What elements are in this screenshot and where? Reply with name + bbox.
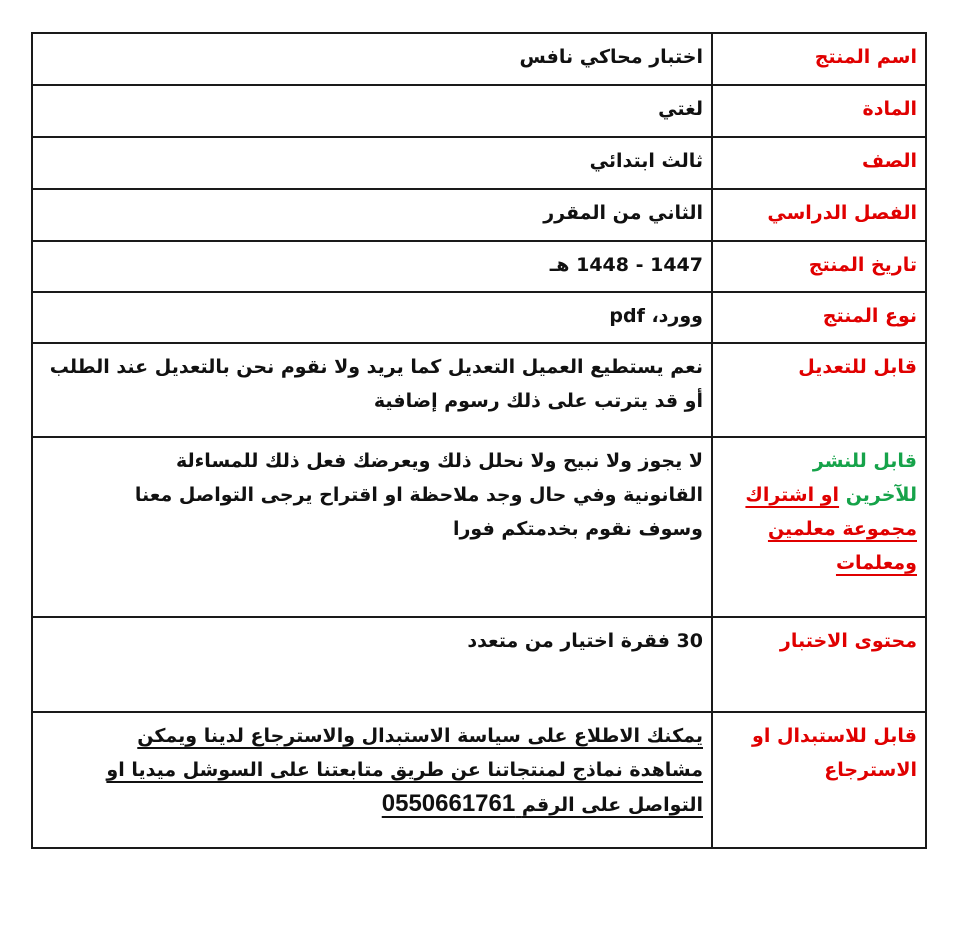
value-subject: لغتي — [32, 85, 712, 137]
label-editable: قابل للتعديل — [712, 343, 926, 437]
label-grade: الصف — [712, 137, 926, 189]
value-editable: نعم يستطيع العميل التعديل كما يريد ولا ن… — [32, 343, 712, 437]
table-row-semester: الفصل الدراسي الثاني من المقرر — [32, 189, 926, 241]
sharing-text-line1: لا يجوز ولا نبيح ولا نحلل ذلك ويعرضك فعل… — [41, 444, 703, 478]
product-info-table: اسم المنتج اختبار محاكي نافس المادة لغتي… — [31, 32, 927, 849]
sharing-text-line3: وسوف نقوم بخدمتكم فورا — [41, 512, 703, 546]
sharing-text-line2: القانونية وفي حال وجد ملاحظة او اقتراح ي… — [41, 478, 703, 512]
value-product-name: اختبار محاكي نافس — [32, 33, 712, 85]
table-row-product-type: نوع المنتج وورد، pdf — [32, 292, 926, 343]
label-sharing-subscription: او اشتراك — [745, 484, 839, 506]
table-row-grade: الصف ثالث ابتدائي — [32, 137, 926, 189]
label-subject: المادة — [712, 85, 926, 137]
table-row-editable: قابل للتعديل نعم يستطيع العميل التعديل ك… — [32, 343, 926, 437]
label-test-content: محتوى الاختبار — [712, 617, 926, 712]
label-sharing-others: للآخرين — [846, 484, 917, 506]
table-row-test-content: محتوى الاختبار 30 فقرة اختيار من متعدد — [32, 617, 926, 712]
label-sharing-teachers-group: مجموعة معلمين — [768, 518, 917, 540]
table-row-sharing: قابل للنشر للآخرين او اشتراك مجموعة معلم… — [32, 437, 926, 617]
value-return-policy: يمكنك الاطلاع على سياسة الاستبدال والاست… — [32, 712, 712, 848]
return-policy-line1[interactable]: يمكنك الاطلاع على سياسة الاستبدال والاست… — [41, 719, 703, 753]
contact-phone-link[interactable]: 0550661761 — [382, 790, 515, 817]
value-semester: الثاني من المقرر — [32, 189, 712, 241]
label-sharing-teachers-f: ومعلمات — [836, 552, 917, 574]
product-info-sheet: اسم المنتج اختبار محاكي نافس المادة لغتي… — [31, 32, 927, 849]
table-row-product-name: اسم المنتج اختبار محاكي نافس — [32, 33, 926, 85]
label-product-name: اسم المنتج — [712, 33, 926, 85]
table-row-product-date: تاريخ المنتج 1447 - 1448 هـ — [32, 241, 926, 292]
value-product-type: وورد، pdf — [32, 292, 712, 343]
return-policy-line3[interactable]: التواصل على الرقم — [522, 794, 703, 816]
label-sharing-line1: قابل للنشر — [721, 444, 917, 478]
return-policy-line2[interactable]: مشاهدة نماذج لمنتجاتنا عن طريق متابعتنا … — [41, 753, 703, 787]
label-semester: الفصل الدراسي — [712, 189, 926, 241]
label-product-date: تاريخ المنتج — [712, 241, 926, 292]
label-return-policy: قابل للاستبدال او الاسترجاع — [712, 712, 926, 848]
table-row-subject: المادة لغتي — [32, 85, 926, 137]
label-sharing: قابل للنشر للآخرين او اشتراك مجموعة معلم… — [712, 437, 926, 617]
value-sharing: لا يجوز ولا نبيح ولا نحلل ذلك ويعرضك فعل… — [32, 437, 712, 617]
value-test-content: 30 فقرة اختيار من متعدد — [32, 617, 712, 712]
label-product-type: نوع المنتج — [712, 292, 926, 343]
value-product-date: 1447 - 1448 هـ — [32, 241, 712, 292]
table-row-return-policy: قابل للاستبدال او الاسترجاع يمكنك الاطلا… — [32, 712, 926, 848]
value-grade: ثالث ابتدائي — [32, 137, 712, 189]
